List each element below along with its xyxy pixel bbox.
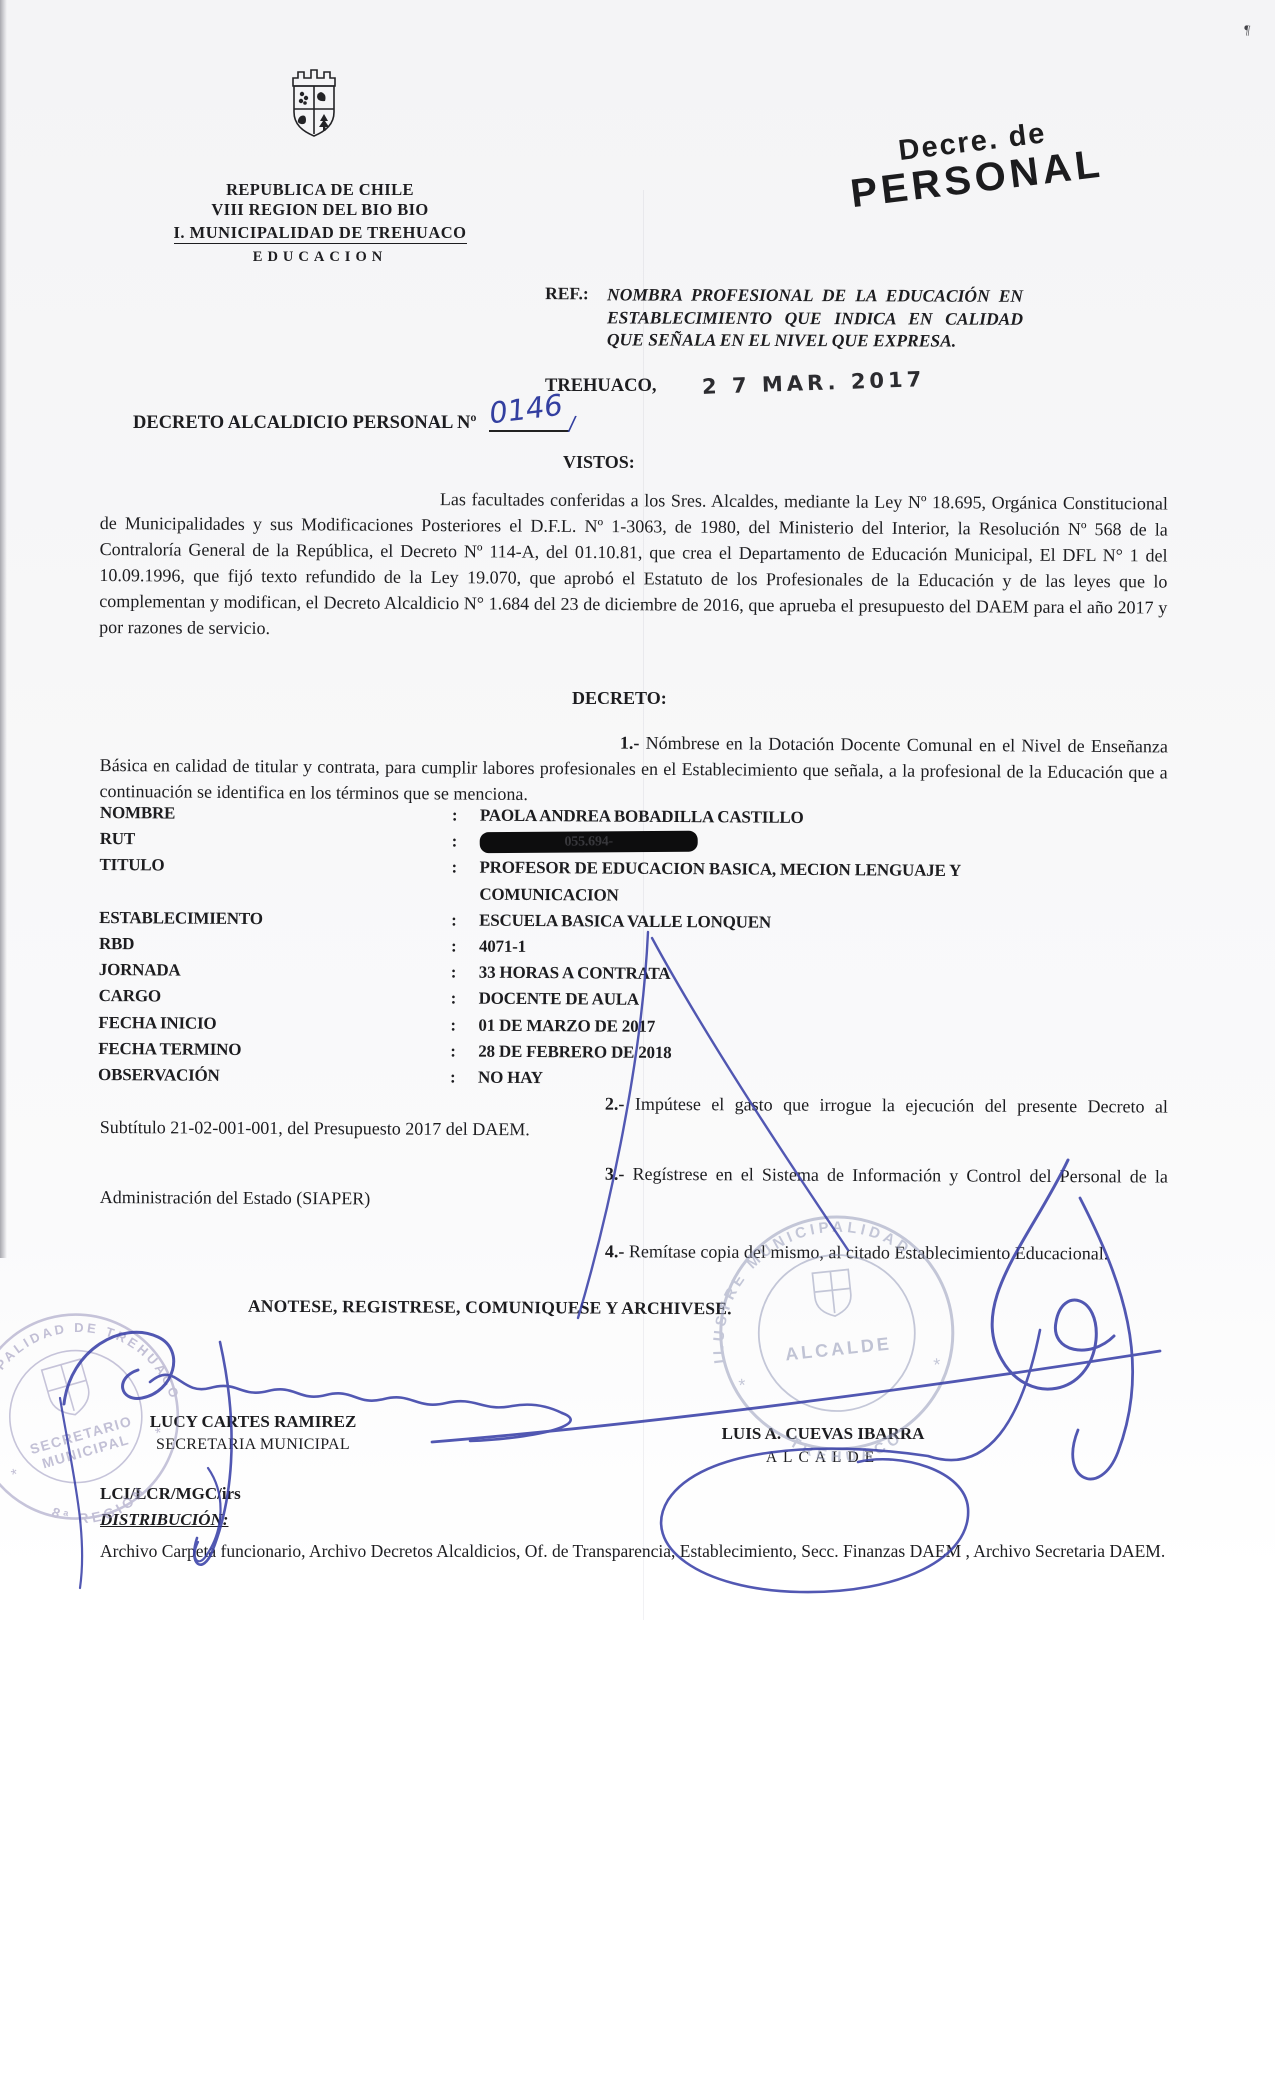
decree-paragraph-3: 3.- Regístrese en el Sistema de Informac… [100, 1158, 1168, 1216]
signature-block-mayor: LUIS A. CUEVAS IBARRA ALCALDE [688, 1424, 958, 1467]
vistos-paragraph: Las facultades conferidas a los Sres. Al… [99, 484, 1168, 647]
decree-paragraph-2: 2.- Impútese el gasto que irrogue la eje… [100, 1088, 1168, 1146]
rut-redaction-bar: 055.694- [480, 831, 698, 854]
secretary-seal-star-left: * [9, 1466, 20, 1484]
letterhead-department: EDUCACION [165, 247, 475, 267]
letterhead-region: VIII REGION DEL BIO BIO [165, 200, 475, 220]
svg-text:ILUSTRE MUNICIPALIDAD: ILUSTRE MUNICIPALIDAD [698, 1210, 925, 1364]
decree-number-label: DECRETO ALCALDICIO PERSONAL Nº [133, 413, 476, 433]
handwritten-decree-number: 0146 [488, 387, 563, 430]
letterhead-municipality: I. MUNICIPALIDAD DE TREHUACO [165, 223, 475, 243]
paragraph-1-number: 1.- [620, 733, 640, 753]
decreto-heading: DECRETO: [572, 688, 667, 709]
secretary-name: LUCY CARTES RAMIREZ [128, 1412, 378, 1432]
mayor-seal-ring-top: ILUSTRE MUNICIPALIDAD [698, 1210, 925, 1364]
typist-initials: LCI/LCR/MGC/irs [100, 1484, 241, 1504]
mayor-seal-center-text: ALCALDE [784, 1333, 893, 1364]
personal-decree-stamp: Decre. de PERSONAL [844, 111, 1106, 217]
ref-label: REF.: [545, 283, 607, 351]
distribution-text: Archivo Carpeta funcionario, Archivo Dec… [100, 1538, 1172, 1564]
secretary-seal-line1: SECRETARIO [28, 1413, 134, 1458]
decree-paragraph-1: 1.- Nómbrese en la Dotación Docente Comu… [99, 726, 1168, 811]
vistos-heading: VISTOS: [563, 452, 635, 473]
municipal-coat-of-arms-icon [281, 64, 347, 144]
field-row-titulo: TITULO:PROFESOR DE EDUCACION BASICA, MEC… [99, 852, 1167, 912]
scan-edge-shadow [0, 0, 7, 1258]
mayor-name: LUIS A. CUEVAS IBARRA [688, 1424, 958, 1444]
secretary-seal-line2: MUNICIPAL [40, 1431, 131, 1471]
letterhead-republic: REPUBLICA DE CHILE [165, 180, 475, 200]
distribution-label: DISTRIBUCIÓN: [100, 1510, 228, 1530]
decree-paragraph-4: 4.- Remítase copia del mismo, al citado … [100, 1236, 1168, 1267]
ref-text: NOMBRA PROFESIONAL DE LA EDUCACIÓN EN ES… [607, 283, 1023, 352]
secretary-title: SECRETARIA MUNICIPAL [128, 1436, 378, 1454]
letterhead: REPUBLICA DE CHILE VIII REGION DEL BIO B… [165, 180, 475, 267]
scanned-decree-page: ¶ REPUBLICA DE CHILE VIII REGION DEL BIO… [0, 0, 1275, 2100]
mayor-seal-star-left: * [738, 1375, 747, 1396]
appointment-fields-table: NOMBRE:PAOLA ANDREA BOBADILLA CASTILLO R… [98, 800, 1168, 1096]
closing-order-line: ANOTESE, REGISTRESE, COMUNIQUESE Y ARCHI… [248, 1296, 732, 1320]
signature-block-secretary: LUCY CARTES RAMIREZ SECRETARIA MUNICIPAL [128, 1412, 378, 1454]
handwritten-slash: / [567, 411, 577, 440]
reference-block: REF.: NOMBRA PROFESIONAL DE LA EDUCACIÓN… [545, 283, 1023, 352]
decree-number-line: DECRETO ALCALDICIO PERSONAL Nº 0146 / [133, 406, 576, 435]
mayor-title: ALCALDE [688, 1449, 958, 1467]
date-stamp: 2 7 MAR. 2017 [702, 367, 926, 399]
corner-mark: ¶ [1243, 22, 1251, 39]
decree-number-slot: 0146 [489, 406, 569, 432]
mayor-seal-star-right: * [933, 1354, 942, 1375]
